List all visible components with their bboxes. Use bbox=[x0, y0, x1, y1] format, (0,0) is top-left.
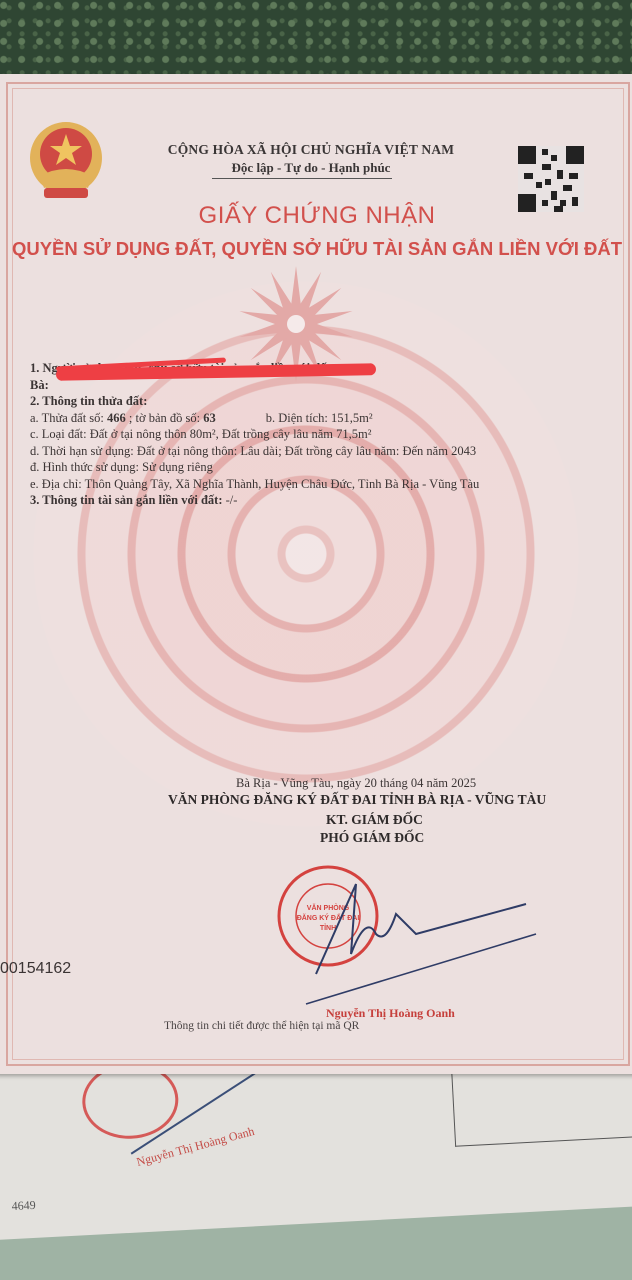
map-label: ; tờ bản đồ số: bbox=[126, 411, 203, 425]
parcel-row: a. Thửa đất số: 466 ; tờ bản đồ số: 63b.… bbox=[30, 410, 479, 427]
national-motto: Độc lập - Tự do - Hạnh phúc bbox=[126, 160, 496, 176]
signer-name: Nguyễn Thị Hoàng Oanh bbox=[326, 1006, 455, 1021]
area-label: b. Diện tích: bbox=[266, 411, 331, 425]
motto-underline bbox=[212, 178, 392, 179]
signature-icon bbox=[296, 854, 556, 1014]
place-date: Bà Rịa - Vũng Tàu, ngày 20 tháng 04 năm … bbox=[236, 776, 476, 791]
under-serial: 4649 bbox=[11, 1198, 36, 1214]
usage-term: d. Thời hạn sử dụng: Đất ở tại nông thôn… bbox=[30, 443, 479, 460]
parcel-address: e. Địa chỉ: Thôn Quảng Tây, Xã Nghĩa Thà… bbox=[30, 476, 479, 493]
section-3-value: -/- bbox=[223, 493, 238, 507]
map-number: 63 bbox=[203, 411, 216, 425]
usage-form: đ. Hình thức sử dụng: Sử dụng riêng bbox=[30, 459, 479, 476]
section-3-row: 3. Thông tin tài sản gắn liền với đất: -… bbox=[30, 492, 479, 509]
certificate-subtitle: QUYỀN SỬ DỤNG ĐẤT, QUYỀN SỞ HỮU TÀI SẢN … bbox=[0, 238, 632, 260]
area-value: 151,5m² bbox=[331, 411, 373, 425]
owner-label: Bà: bbox=[30, 378, 49, 392]
signer-role-2: PHÓ GIÁM ĐỐC bbox=[320, 830, 424, 846]
certificate-title: GIẤY CHỨNG NHẬN bbox=[0, 202, 632, 230]
land-type: c. Loại đất: Đất ở tại nông thôn 80m², Đ… bbox=[30, 426, 479, 443]
national-emblem-icon bbox=[26, 118, 106, 206]
parcel-label: a. Thửa đất số: bbox=[30, 411, 107, 425]
land-use-certificate: CỘNG HÒA XÃ HỘI CHỦ NGHĨA VIỆT NAM Độc l… bbox=[0, 74, 632, 1074]
qr-note: Thông tin chi tiết được thể hiện tại mã … bbox=[164, 1020, 359, 1032]
issuing-office: VĂN PHÒNG ĐĂNG KÝ ĐẤT ĐAI TỈNH BÀ RỊA - … bbox=[168, 792, 546, 808]
certificate-body: 1. Người sử dụng đất, chủ sở hữu tài sản… bbox=[30, 360, 479, 509]
parcel-number: 466 bbox=[107, 411, 126, 425]
section-2-heading: 2. Thông tin thửa đất: bbox=[30, 393, 479, 410]
section-3-heading: 3. Thông tin tài sản gắn liền với đất: bbox=[30, 493, 223, 507]
certificate-serial: 00154162 bbox=[0, 960, 71, 978]
signer-role-1: KT. GIÁM ĐỐC bbox=[326, 812, 423, 828]
country-name: CỘNG HÒA XÃ HỘI CHỦ NGHĨA VIỆT NAM bbox=[126, 142, 496, 158]
